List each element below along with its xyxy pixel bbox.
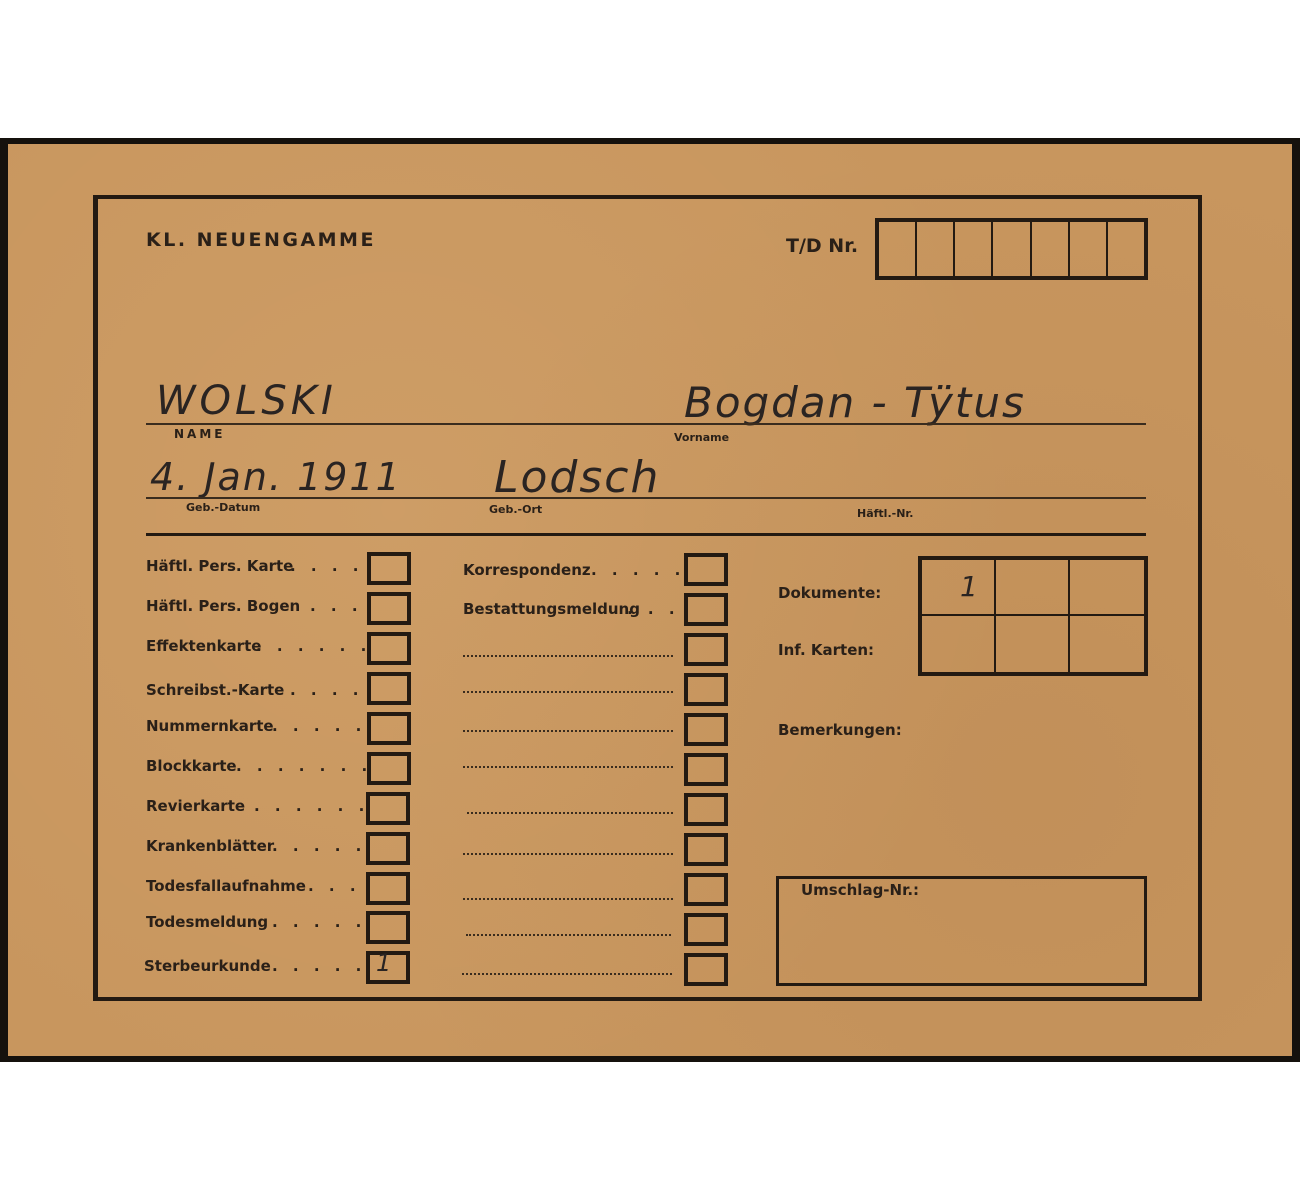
td-nr-label: T/D Nr. [786,235,858,257]
dokumente-cell[interactable] [996,560,1070,616]
blank-entry-line[interactable] [463,766,673,768]
leader-dots: . . . . . . [254,797,369,815]
inf-karten-label: Inf. Karten: [778,641,874,659]
checkbox-blank[interactable] [684,673,728,706]
td-nr-cell[interactable] [917,222,955,276]
checkbox-blank[interactable] [684,953,728,986]
checkbox-schreibst-karte[interactable] [367,672,411,705]
geb-ort-label: Geb.-Ort [489,503,542,516]
checklist-label: Todesfallaufnahme [146,877,306,895]
checkbox-blank[interactable] [684,913,728,946]
leader-dots: . . . . . [272,837,366,855]
checkbox-blank[interactable] [684,833,728,866]
checklist-label: Häftl. Pers. Karte [146,557,293,575]
checkbox-blank[interactable] [684,873,728,906]
leader-dots: . . . [310,597,363,615]
checklist-label: Todesmeldung [146,913,268,931]
vorname-label: Vorname [674,431,729,444]
geb-ort-value[interactable]: Lodsch [494,452,660,503]
blank-entry-line[interactable] [466,934,671,936]
counts-grid: 1 [918,556,1148,676]
blank-entry-line[interactable] [463,655,673,657]
blank-entry-line[interactable] [462,973,672,975]
td-nr-cell[interactable] [1070,222,1108,276]
geb-datum-value[interactable]: 4. Jan. 1911 [150,455,402,499]
checklist-label: Bestattungsmeldung [463,600,640,618]
umschlag-label: Umschlag-Nr.: [801,881,919,899]
leader-dots: . . . . . [272,957,366,975]
blank-entry-line[interactable] [467,812,673,814]
leader-dots: . . . [627,600,680,618]
checklist-label: Blockkarte [146,757,237,775]
checkbox-haeftl-pers-bogen[interactable] [367,592,411,625]
name-line [146,423,1146,425]
dokumente-count: 1 [960,570,978,603]
checkbox-mark: 1 [376,949,391,977]
dokumente-label: Dokumente: [778,584,881,602]
section-divider [146,533,1146,536]
leader-dots: . . . . . [272,717,366,735]
name-label: NAME [174,427,225,441]
vorname-value[interactable]: Bogdan - Tÿtus [684,378,1026,427]
checkbox-blank[interactable] [684,793,728,826]
td-nr-cell[interactable] [955,222,993,276]
dokumente-cell[interactable]: 1 [922,560,996,616]
inf-karten-cell[interactable] [1070,616,1144,672]
leader-dots: . . . [308,877,361,895]
leader-dots: . . . . . [272,913,366,931]
checklist-label: Schreibst.-Karte [146,681,284,699]
checklist-label: Effektenkarte [146,637,261,655]
checkbox-revierkarte[interactable] [366,792,410,825]
checklist-label: Häftl. Pers. Bogen [146,597,300,615]
td-nr-cell[interactable] [1108,222,1144,276]
checkbox-bestattungsmeldung[interactable] [684,593,728,626]
bemerkungen-label: Bemerkungen: [778,721,902,739]
leader-dots: . . . . . . . [236,757,372,775]
leader-dots: . . . . [290,681,363,699]
checklist-label: Nummernkarte [146,717,274,735]
checkbox-todesmeldung[interactable] [366,911,410,944]
blank-entry-line[interactable] [463,691,673,693]
td-nr-cell[interactable] [879,222,917,276]
checkbox-haeftl-pers-karte[interactable] [367,552,411,585]
blank-entry-line[interactable] [463,730,673,732]
checklist-label: Revierkarte [146,797,245,815]
leader-dots: . . . . . . [256,637,371,655]
checkbox-blockkarte[interactable] [367,752,411,785]
checkbox-blank[interactable] [684,713,728,746]
blank-entry-line[interactable] [463,898,673,900]
camp-title: KL. NEUENGAMME [146,229,376,251]
dokumente-cell[interactable] [1070,560,1144,616]
checklist-label: Krankenblätter [146,837,274,855]
leader-dots: . . . . [290,557,363,575]
haeftl-nr-label: Häftl.-Nr. [857,507,913,520]
checkbox-effektenkarte[interactable] [367,632,411,665]
td-nr-cell[interactable] [1032,222,1070,276]
checkbox-todesfallaufnahme[interactable] [366,872,410,905]
checkbox-krankenblaetter[interactable] [366,832,410,865]
checkbox-blank[interactable] [684,753,728,786]
checklist-label: Korrespondenz [463,561,591,579]
inf-karten-cell[interactable] [996,616,1070,672]
checklist-label: Sterbeurkunde [144,957,271,975]
checkbox-korrespondenz[interactable] [684,553,728,586]
birth-line [146,497,1146,499]
checkbox-blank[interactable] [684,633,728,666]
td-nr-field[interactable] [875,218,1148,280]
td-nr-cell[interactable] [993,222,1031,276]
inf-karten-cell[interactable] [922,616,996,672]
checkbox-nummernkarte[interactable] [367,712,411,745]
geb-datum-label: Geb.-Datum [186,501,260,514]
checkbox-sterbeurkunde[interactable]: 1 [366,951,410,984]
name-value[interactable]: WOLSKI [156,378,337,424]
leader-dots: . . . . . [591,561,685,579]
umschlag-box[interactable]: Umschlag-Nr.: [776,876,1147,986]
blank-entry-line[interactable] [463,853,673,855]
